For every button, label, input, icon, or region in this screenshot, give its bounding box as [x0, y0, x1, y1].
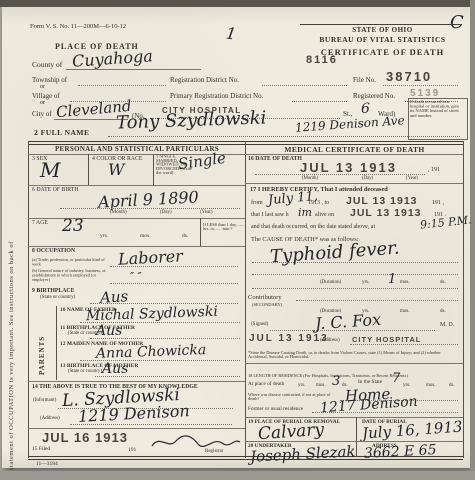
row-sep-1	[28, 185, 245, 186]
occupation-a-line	[110, 266, 238, 267]
primary-registration-line	[292, 101, 347, 102]
header-rule	[300, 24, 462, 25]
date-of-death-label: 16 DATE OF DEATH	[248, 156, 302, 162]
footnote-text: *State the Disease Causing Death, or, in…	[248, 351, 460, 360]
signed-address-label: (Address)	[320, 338, 340, 343]
in-state-yrs-handwriting: 7	[392, 371, 400, 386]
former-residence-label: Former or usual residence	[248, 406, 303, 412]
filed-year-label: 191	[128, 447, 136, 453]
in-state-mos-label: mos.	[426, 383, 436, 388]
cause-line-1	[252, 262, 458, 263]
age-note-divider	[200, 218, 201, 246]
at-place-ds-handwriting: 3	[332, 374, 340, 389]
informant-address-line	[70, 424, 232, 425]
scan-edge-top	[0, 0, 475, 7]
file-no-label: File No.	[353, 76, 376, 84]
county-line	[66, 69, 201, 70]
md-label: M. D.	[440, 322, 454, 328]
sex-race-divider	[88, 154, 89, 185]
cause-duration-yrs: yrs.	[362, 280, 369, 285]
race-marital-divider	[153, 154, 154, 185]
at-place-label: At place of death	[248, 381, 284, 387]
cause-duration-ds: ds.	[440, 280, 446, 285]
secondary-label: (SECONDARY)	[252, 302, 282, 307]
column-divider	[245, 141, 246, 458]
form-number: Form V. S. No. 11—200M—6-10-12	[30, 23, 126, 30]
mother-birthplace-line	[95, 376, 240, 377]
contrib-duration-mos: mos.	[400, 309, 410, 314]
date-of-death-stamp: JUL 13 1913	[300, 160, 397, 175]
alive-on-stamp: JUL 13 1913	[350, 207, 422, 219]
informant-label: (Informant)	[33, 398, 56, 403]
parents-divider	[56, 306, 57, 380]
age-ds-label: ds.	[182, 233, 188, 239]
date-of-death-year-blank: , 191	[428, 167, 440, 173]
bottom-form-code: 11—3184	[36, 461, 58, 467]
hospital-note-text: If death occurred in a hospital or insti…	[410, 100, 463, 118]
filed-label: 15 Filed	[32, 446, 50, 452]
scan-edge-right	[470, 0, 475, 480]
dod-day-label: (Day)	[362, 176, 373, 181]
attended-to-stamp: JUL 13 1913	[346, 195, 418, 207]
cause-duration-mos-handwriting: 1	[388, 272, 396, 287]
mother-birthplace-sub: (State or country)	[68, 369, 102, 374]
city-label: City of	[32, 110, 52, 118]
birthplace-sub-label: (State or country)	[40, 295, 75, 300]
cause-duration-mos-label: mos.	[400, 280, 410, 285]
burial-divider	[356, 417, 357, 441]
or-label-1: or	[40, 84, 45, 90]
dob-month-label: (Month)	[110, 210, 127, 215]
village-label: Village of	[32, 92, 60, 100]
primary-registration-label: Primary Registration District No.	[170, 92, 263, 100]
in-state-yrs-label: yrs.	[403, 383, 410, 388]
state-of-ohio: STATE OF OHIO	[305, 26, 460, 34]
date-of-death-line	[255, 174, 425, 175]
occupation-a-label: (a) Trade, profession, or particular kin…	[32, 259, 108, 267]
right-row-sep-3	[245, 417, 463, 418]
row-sep-3	[28, 246, 245, 247]
stamp-8116: 8116	[306, 54, 338, 66]
registrar-label: Registrar	[205, 449, 223, 454]
death-occurred-label: and that death occurred, on the date sta…	[251, 224, 375, 230]
mother-birthplace-handwriting: Aus	[102, 361, 128, 377]
former-residence-line	[312, 412, 458, 413]
dob-label: 6 DATE OF BIRTH	[32, 187, 79, 193]
race-value-handwriting: W	[108, 160, 124, 179]
age-note: If LESS than 1 day, ...... hrs. or .....…	[203, 223, 245, 232]
cause-duration-label: (Duration)	[320, 280, 341, 285]
parents-vertical-label: PARENTS	[38, 315, 46, 375]
to-year-label: 191 ,	[432, 200, 444, 206]
dod-month-label: (Month)	[302, 176, 318, 181]
birthplace-label: 9 BIRTHPLACE	[32, 288, 74, 294]
occupation-label: 8 OCCUPATION	[32, 248, 75, 254]
registration-district-label: Registration District No.	[170, 76, 239, 84]
scanned-death-certificate: statement of OCCUPATION is very importan…	[0, 0, 475, 480]
age-value-handwriting: 23	[62, 216, 84, 236]
last-saw-handwriting: im	[298, 206, 312, 219]
registered-no-label: Registered No.	[353, 92, 395, 100]
informant-address-label: (Address)	[40, 416, 60, 421]
contrib-duration-ds: ds.	[440, 309, 446, 314]
father-birthplace-line	[90, 338, 240, 339]
alive-on-label: alive on	[315, 212, 334, 218]
signed-address-line	[350, 344, 458, 345]
last-saw-label: that I last saw h	[251, 212, 289, 218]
signed-date-stamp: JUL 13 1913	[249, 333, 329, 344]
dob-year-label: (Year)	[200, 210, 213, 215]
registrar-signature-handwriting	[148, 428, 243, 454]
dod-year-label: (Year)	[406, 176, 418, 181]
file-no-line	[383, 85, 458, 86]
bureau-of-vital-statistics: BUREAU OF VITAL STATISTICS	[305, 35, 460, 44]
scan-edge-bottom	[0, 471, 475, 480]
occupation-b-label: (b) General nature of industry, business…	[32, 270, 110, 283]
at-place-yrs: yrs.	[298, 383, 305, 388]
county-label: County of	[32, 60, 62, 69]
full-name-label: 2 FULL NAME	[34, 128, 90, 137]
cause-line-3	[252, 288, 458, 289]
signed-line	[270, 330, 435, 331]
row-sep-4	[28, 381, 245, 382]
signed-label: (Signed)	[251, 322, 268, 327]
right-title-rule	[245, 154, 463, 155]
right-column-title: MEDICAL CERTIFICATE OF DEATH	[246, 145, 463, 154]
father-birthplace-handwriting: Aus	[96, 323, 122, 339]
or-label-2: or	[40, 100, 45, 106]
contributory-label: Contributory	[248, 294, 282, 301]
age-mos-label: mos.	[140, 233, 151, 239]
box-left-border	[28, 141, 29, 458]
filed-date-stamp: JUL 16 1913	[42, 430, 128, 445]
signed-address-stamp: CITY HOSPITAL	[352, 335, 421, 344]
occupation-b-handwriting: ″ ″	[130, 270, 142, 283]
township-line	[78, 85, 166, 86]
box-right-border	[463, 141, 464, 458]
in-state-label: In the State	[358, 379, 382, 385]
ward-number-handwriting: 6	[361, 101, 370, 117]
age-yrs-label: yrs.	[100, 233, 108, 239]
dob-line	[60, 208, 240, 209]
contributory-line	[296, 300, 458, 301]
at-place-mos: mos.	[316, 383, 326, 388]
occupation-b-line	[110, 283, 238, 284]
margin-instruction-note: statement of OCCUPATION is very importan…	[8, 140, 15, 470]
right-row-sep-2	[245, 363, 463, 364]
age-label: 7 AGE	[32, 220, 48, 226]
cause-line-2	[252, 274, 458, 275]
registration-district-line	[262, 85, 347, 86]
sex-value-handwriting: M	[40, 158, 60, 182]
file-no-stamp: 38710	[386, 69, 432, 84]
dob-day-label: (Day)	[160, 210, 172, 215]
row-sep-2	[28, 218, 245, 219]
full-name-line	[108, 136, 460, 137]
in-state-ds-label: ds.	[449, 383, 455, 388]
hospital-note-box: If death occurred in a hospital or insti…	[408, 98, 468, 140]
residence-label: 18 LENGTH OF RESIDENCE (For Hospitals, I…	[248, 374, 457, 378]
right-row-sep-1	[245, 183, 463, 184]
township-label: Township of	[32, 76, 67, 84]
from-label: from	[251, 200, 263, 206]
